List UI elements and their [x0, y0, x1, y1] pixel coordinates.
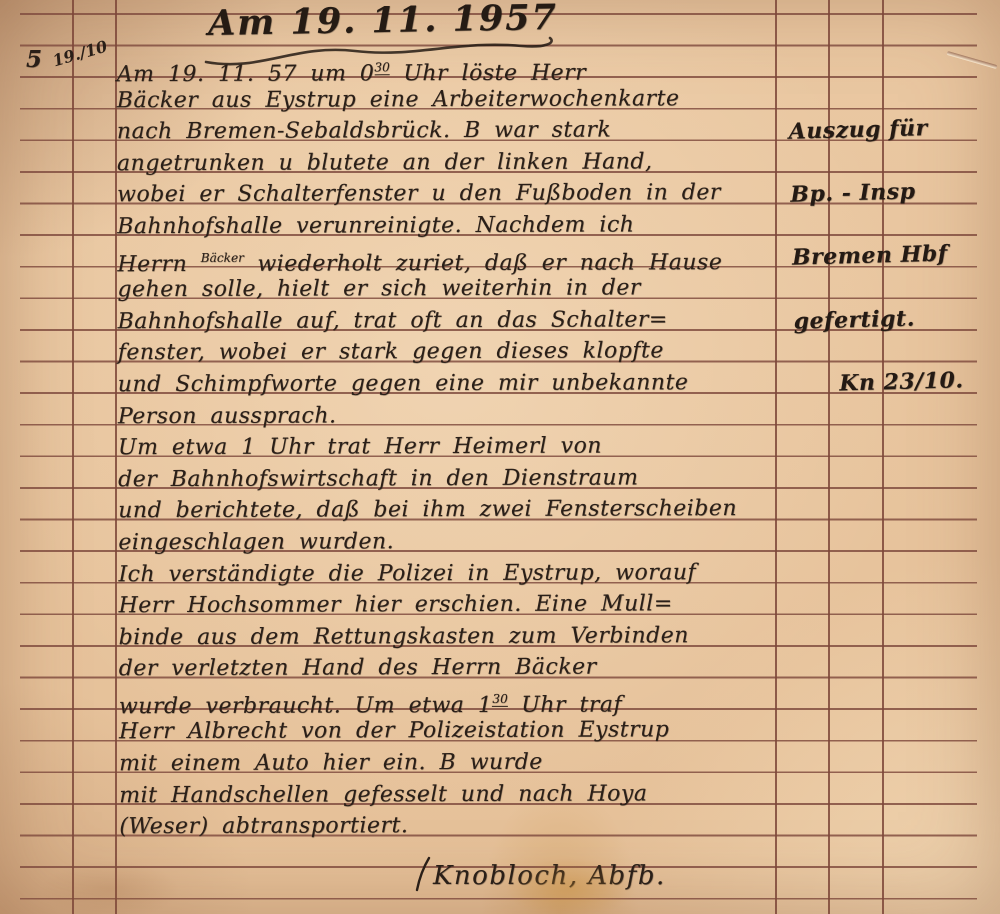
- entry-line: Bahnhofshalle auf, trat oft an das Schal…: [118, 304, 813, 338]
- entry-line: Person aussprach.: [118, 398, 813, 432]
- entry-line: mit Handschellen gefesselt und nach Hoya: [119, 777, 814, 811]
- entry-line: fenster, wobei er stark gegen dieses klo…: [118, 335, 813, 369]
- entry-text: Am 19. 11. 57 um 030 Uhr löste HerrBäcke…: [117, 51, 815, 843]
- entry-number: 5: [26, 46, 42, 73]
- entry-line: gehen solle, hielt er sich weiterhin in …: [117, 272, 812, 306]
- column-rule-left-outer: [72, 0, 74, 914]
- margin-note-line: Auszug für: [788, 95, 995, 164]
- margin-note-line: Bp. - Insp: [790, 159, 997, 228]
- entry-line: (Weser) abtransportiert.: [119, 809, 814, 843]
- entry-line: Herr Albrecht von der Polizeistation Eys…: [119, 714, 814, 748]
- entry-line: mit einem Auto hier ein. B wurde: [119, 746, 814, 780]
- entry-line: nach Bremen-Sebaldsbrück. B war stark: [117, 114, 812, 148]
- margin-note-line: Bremen Hbf: [791, 222, 998, 291]
- entry-line: und Schimpfworte gegen eine mir unbekann…: [118, 367, 813, 401]
- superscript-insertion: 30: [374, 60, 389, 75]
- superscript-insertion: Bäcker: [201, 250, 244, 264]
- entry-line: Ich verständigte die Polizei in Eystrup,…: [118, 556, 813, 590]
- signature-text: Knobloch, Abfb.: [433, 861, 666, 891]
- entry-line: der verletzten Hand des Herrn Bäcker: [119, 651, 814, 685]
- entry-line: und berichtete, daß bei ihm zwei Fenster…: [118, 493, 813, 527]
- margin-note-line: gefertigt.: [793, 285, 1000, 354]
- signature-flourish: [415, 856, 431, 892]
- entry-line: Um etwa 1 Uhr trat Herr Heimerl von: [118, 430, 813, 464]
- entry-line: eingeschlagen wurden.: [118, 525, 813, 559]
- margin-note-paraph: Kn 23/10.: [795, 348, 1000, 417]
- entry-line: angetrunken u blutete an der linken Hand…: [117, 146, 812, 180]
- superscript-insertion: 30: [492, 692, 507, 707]
- entry-line: Herr Hochsommer hier erschien. Eine Mull…: [118, 588, 813, 622]
- entry-line: Bahnhofshalle verunreinigte. Nachdem ich: [117, 209, 812, 243]
- entry-line: der Bahnhofswirtschaft in den Dienstraum: [118, 462, 813, 496]
- entry-line: Herrn Bäcker wiederholt zuriet, daß er n…: [117, 240, 812, 274]
- entry-line: wobei er Schalterfenster u den Fußboden …: [117, 177, 812, 211]
- signature: Knobloch, Abfb.: [415, 856, 666, 892]
- entry-line: binde aus dem Rettungskasten zum Verbind…: [119, 619, 814, 653]
- margin-note: Auszug für Bp. - Insp Bremen Hbf geferti…: [788, 95, 1000, 416]
- entry-line: Bäcker aus Eystrup eine Arbeiterwochenka…: [117, 82, 812, 116]
- entry-line: Am 19. 11. 57 um 030 Uhr löste Herr: [117, 51, 812, 85]
- logbook-page: Am 19. 11. 1957 5 19./10 Am 19. 11. 57 u…: [0, 0, 1000, 914]
- entry-line: wurde verbraucht. Um etwa 130 Uhr traf: [119, 683, 814, 717]
